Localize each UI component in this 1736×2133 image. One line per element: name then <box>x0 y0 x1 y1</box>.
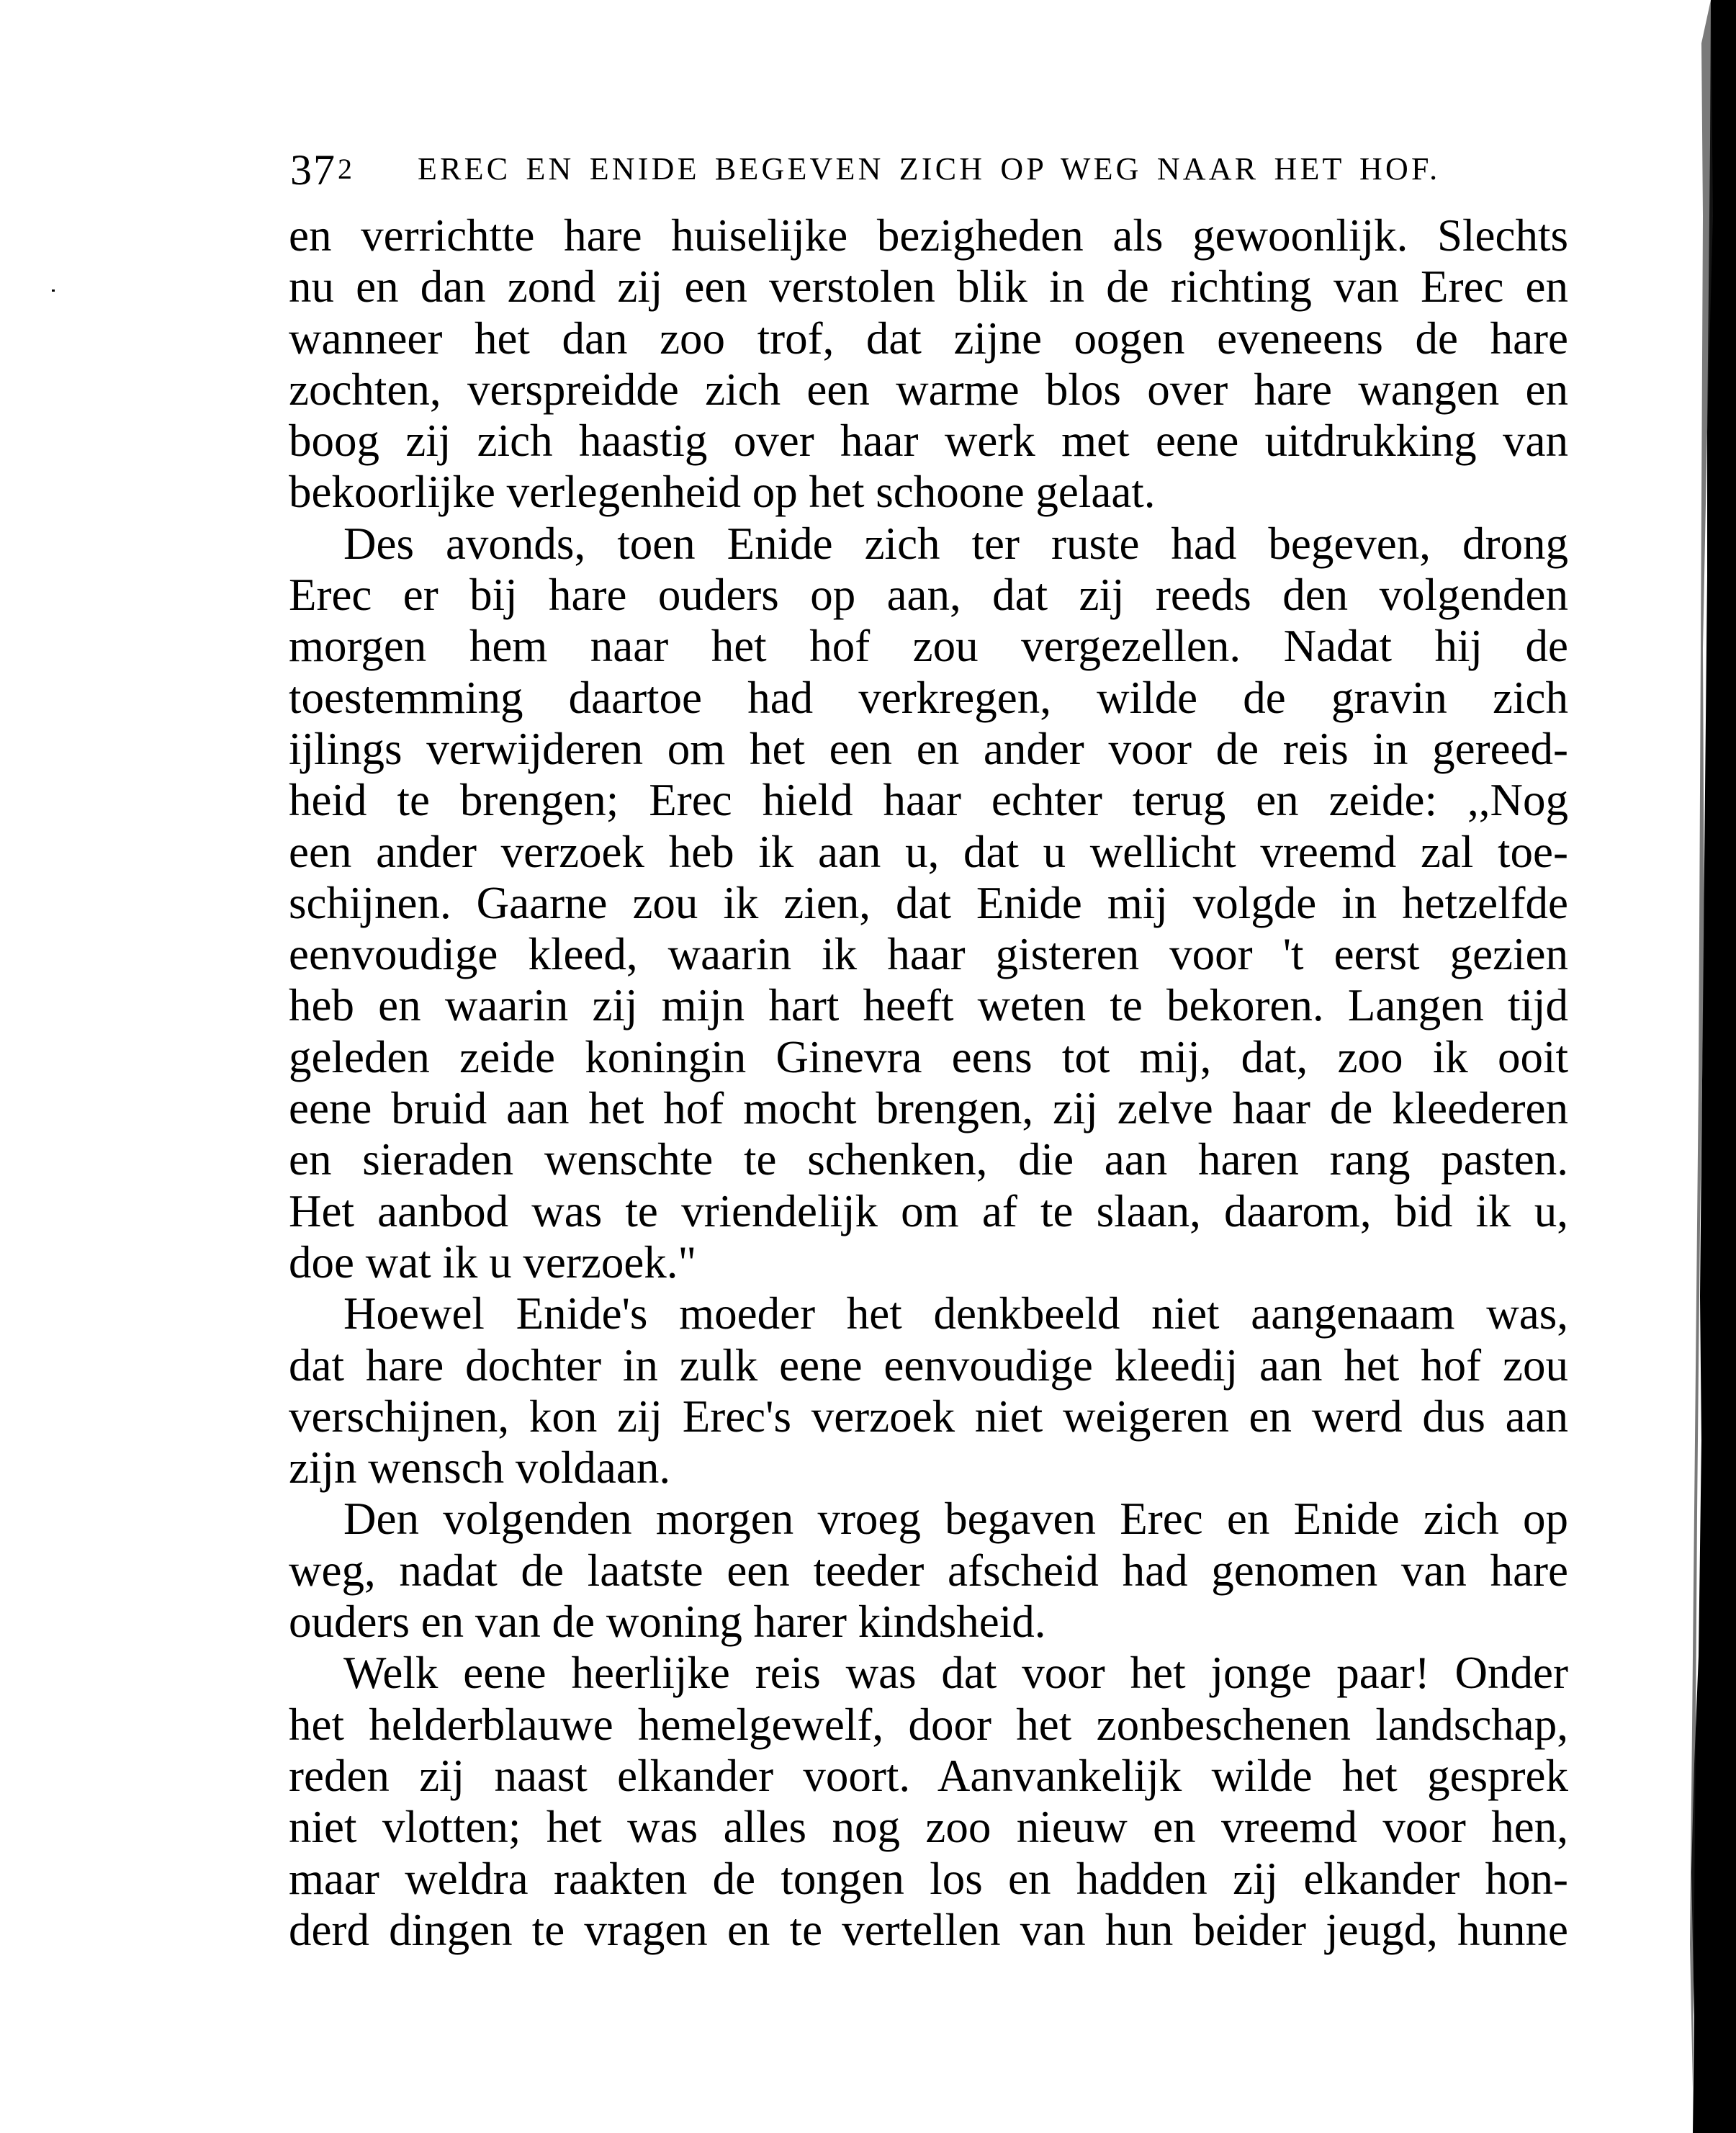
text-line: reden zij naast elkander voort. Aanvanke… <box>289 1751 1568 1802</box>
text-line: Des avonds, toen Enide zich ter ruste ha… <box>289 518 1568 570</box>
paragraph: en verrichtte hare huiselijke bezigheden… <box>289 210 1568 518</box>
text-line: dat hare dochter in zulk eene eenvoudige… <box>289 1340 1568 1391</box>
text-line: een ander verzoek heb ik aan u, dat u we… <box>289 827 1568 878</box>
text-line: Hoewel Enide's moeder het denkbeeld niet… <box>289 1288 1568 1339</box>
text-line: ouders en van de woning harer kindsheid. <box>289 1597 1568 1648</box>
text-line: weg, nadat de laatste een teeder afschei… <box>289 1545 1568 1597</box>
text-line: het helderblauwe hemelgewelf, door het z… <box>289 1699 1568 1751</box>
text-line: bekoorlijke verlegenheid op het schoone … <box>289 467 1568 518</box>
text-line: morgen hem naar het hof zou vergezellen.… <box>289 621 1568 672</box>
text-line: doe wat ik u verzoek." <box>289 1237 1568 1288</box>
text-line: en verrichtte hare huiselijke bezigheden… <box>289 210 1568 261</box>
page-number: 372 <box>290 148 354 197</box>
text-line: eene bruid aan het hof mocht brengen, zi… <box>289 1083 1568 1134</box>
text-line: zochten, verspreidde zich een warme blos… <box>289 364 1568 416</box>
text-line: toestemming daartoe had verkregen, wilde… <box>289 673 1568 724</box>
text-line: ijlings verwijderen om het een en ander … <box>289 724 1568 775</box>
text-line: Den volgenden morgen vroeg begaven Erec … <box>289 1494 1568 1545</box>
chapter-title: EREC EN ENIDE BEGEVEN ZICH OP WEG NAAR H… <box>418 151 1440 187</box>
scan-speck <box>52 289 55 292</box>
text-line: schijnen. Gaarne zou ik zien, dat Enide … <box>289 878 1568 929</box>
running-head: 372 EREC EN ENIDE BEGEVEN ZICH OP WEG NA… <box>290 141 1457 199</box>
text-line: niet vlotten; het was alles nog zoo nieu… <box>289 1802 1568 1853</box>
paragraph: Welk eene heerlijke reis was dat voor he… <box>289 1648 1568 1956</box>
text-line: Erec er bij hare ouders op aan, dat zij … <box>289 570 1568 621</box>
book-page: 372 EREC EN ENIDE BEGEVEN ZICH OP WEG NA… <box>0 0 1736 2133</box>
text-line: geleden zeide koningin Ginevra eens tot … <box>289 1032 1568 1083</box>
text-line: wanneer het dan zoo trof, dat zijne ooge… <box>289 313 1568 364</box>
text-line: nu en dan zond zij een verstolen blik in… <box>289 261 1568 313</box>
text-line: Het aanbod was te vriendelijk om af te s… <box>289 1186 1568 1237</box>
text-line: zijn wensch voldaan. <box>289 1442 1568 1494</box>
text-line: derd dingen te vragen en te vertellen va… <box>289 1905 1568 1956</box>
paragraph: Hoewel Enide's moeder het denkbeeld niet… <box>289 1288 1568 1494</box>
book-binding-edge <box>1678 0 1736 2133</box>
text-line: heb en waarin zij mijn hart heeft weten … <box>289 980 1568 1031</box>
page-number-digits: 37 <box>290 146 336 194</box>
page-number-last-digit: 2 <box>338 153 354 185</box>
text-line: maar weldra raakten de tongen los en had… <box>289 1854 1568 1905</box>
text-line: Welk eene heerlijke reis was dat voor he… <box>289 1648 1568 1699</box>
text-line: verschijnen, kon zij Erec's verzoek niet… <box>289 1391 1568 1442</box>
text-line: boog zij zich haastig over haar werk met… <box>289 416 1568 467</box>
paragraph: Den volgenden morgen vroeg begaven Erec … <box>289 1494 1568 1648</box>
body-text: en verrichtte hare huiselijke bezigheden… <box>289 210 1568 1956</box>
text-line: en sieraden wenschte te schenken, die aa… <box>289 1134 1568 1185</box>
text-line: heid te brengen; Erec hield haar echter … <box>289 775 1568 826</box>
paragraph: Des avonds, toen Enide zich ter ruste ha… <box>289 518 1568 1288</box>
text-line: eenvoudige kleed, waarin ik haar gistere… <box>289 929 1568 980</box>
